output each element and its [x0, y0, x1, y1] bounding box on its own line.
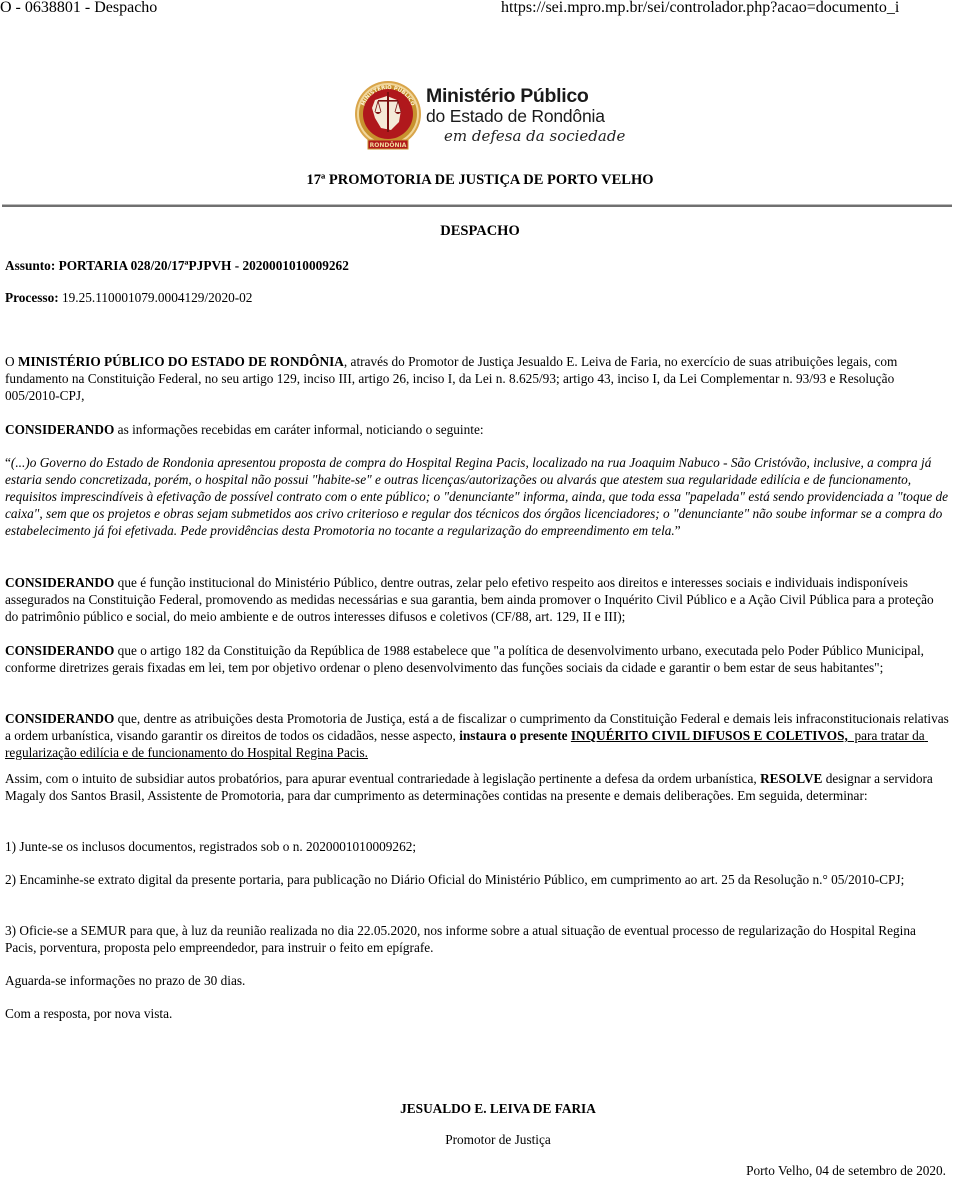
inquerito-civil-title: INQUÉRITO CIVIL DIFUSOS E COLETIVOS,	[571, 728, 848, 743]
assunto-label: Assunto:	[5, 258, 55, 273]
place-date: Porto Velho, 04 de setembro de 2020.	[746, 1163, 946, 1179]
processo-field: Processo: 19.25.110001079.0004129/2020-0…	[5, 290, 252, 306]
paragraph-resolve: Assim, com o intuito de subsidiar autos …	[5, 770, 950, 804]
paragraph-considerando-4: CONSIDERANDO que, dentre as atribuições …	[5, 710, 950, 761]
assunto-value: PORTARIA 028/20/17ªPJPVH - 2020001010009…	[59, 258, 349, 273]
list-item-1: 1) Junte-se os inclusos documentos, regi…	[5, 838, 950, 855]
signatory-role: Promotor de Justiça	[18, 1132, 960, 1148]
svg-text:RONDÔNIA: RONDÔNIA	[370, 142, 407, 149]
processo-value: 19.25.110001079.0004129/2020-02	[62, 290, 252, 305]
paragraph-considerando-1: CONSIDERANDO as informações recebidas em…	[5, 421, 950, 438]
quoted-complaint: “(...)o Governo do Estado de Rondonia ap…	[5, 454, 950, 539]
logo-line-1: Ministério Público	[426, 85, 625, 107]
logo-tagline: em defesa da sociedade	[444, 126, 625, 146]
org-title: 17ª PROMOTORIA DE JUSTIÇA DE PORTO VELHO	[0, 172, 960, 189]
paragraph-considerando-2: CONSIDERANDO que é função institucional …	[5, 574, 950, 625]
org-name: MINISTÉRIO PÚBLICO DO ESTADO DE RONDÔNIA	[18, 354, 344, 369]
paragraph-considerando-3: CONSIDERANDO que o artigo 182 da Constit…	[5, 642, 950, 676]
paragraph-intro: O MINISTÉRIO PÚBLICO DO ESTADO DE RONDÔN…	[5, 353, 950, 404]
print-header-title: .O - 0638801 - Despacho	[0, 0, 157, 17]
processo-label: Processo:	[5, 290, 59, 305]
list-item-2: 2) Encaminhe-se extrato digital da prese…	[5, 871, 950, 888]
paragraph-closing: Com a resposta, por nova vista.	[5, 1005, 950, 1022]
list-item-3: 3) Oficie-se a SEMUR para que, à luz da …	[5, 922, 950, 956]
institution-logo: RONDÔNIA MINISTÉRIO PÚBLICO Ministério P…	[353, 78, 613, 154]
document-title: DESPACHO	[0, 223, 960, 240]
paragraph-deadline: Aguarda-se informações no prazo de 30 di…	[5, 972, 950, 989]
header-divider	[2, 204, 952, 207]
print-header-url: https://sei.mpro.mp.br/sei/controlador.p…	[501, 0, 899, 17]
signatory-name: JESUALDO E. LEIVA DE FARIA	[18, 1101, 960, 1117]
seal-icon: RONDÔNIA MINISTÉRIO PÚBLICO	[353, 78, 423, 154]
logo-line-2: do Estado de Rondônia	[426, 107, 625, 126]
assunto-field: Assunto: PORTARIA 028/20/17ªPJPVH - 2020…	[5, 258, 349, 274]
print-header: .O - 0638801 - Despacho https://sei.mpro…	[0, 0, 960, 20]
